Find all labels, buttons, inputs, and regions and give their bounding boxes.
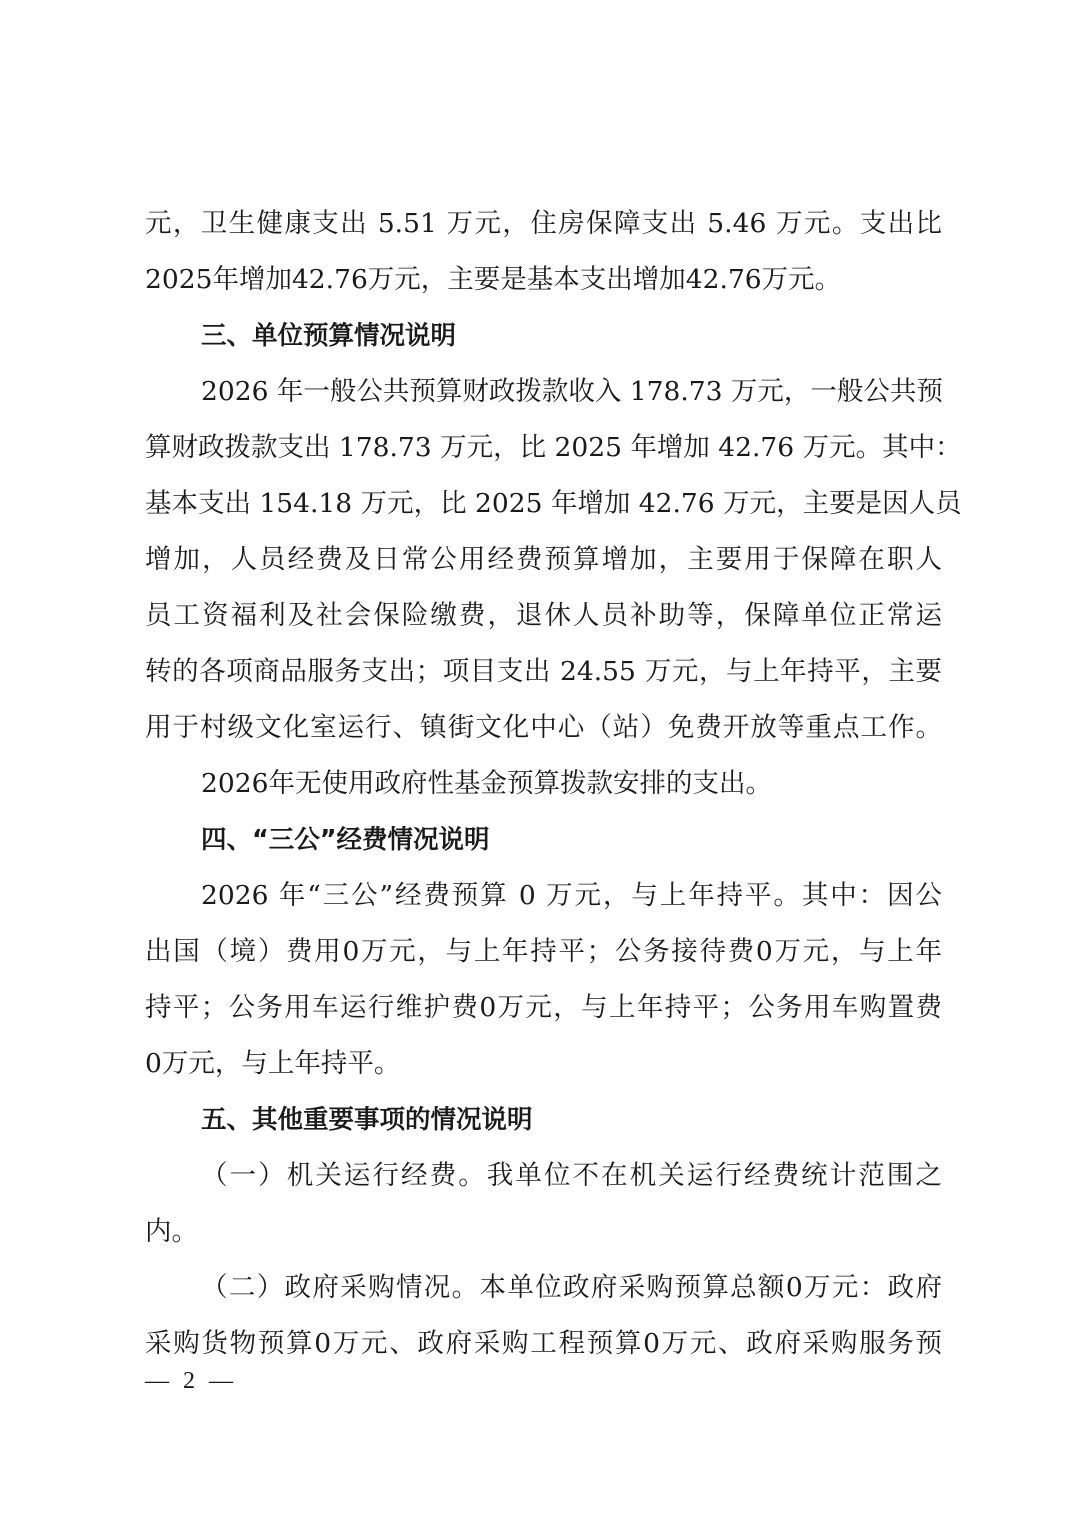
paragraph-line: 员工资福利及社会保险缴费，退休人员补助等，保障单位正常运 — [145, 588, 942, 644]
paragraph-line: 基本支出 154.18 万元，比 2025 年增加 42.76 万元，主要是因人… — [145, 476, 942, 532]
paragraph-line: 2025年增加42.76万元，主要是基本支出增加42.76万元。 — [145, 252, 942, 308]
paragraph-line: 持平；公务用车运行维护费0万元，与上年持平；公务用车购置费 — [145, 980, 942, 1036]
paragraph-line: （一）机关运行经费。我单位不在机关运行经费统计范围之 — [145, 1148, 942, 1204]
paragraph-line: （二）政府采购情况。本单位政府采购预算总额0万元：政府 — [145, 1260, 942, 1316]
section-heading-other-matters: 五、其他重要事项的情况说明 — [145, 1092, 942, 1148]
paragraph-line: 出国（境）费用0万元，与上年持平；公务接待费0万元，与上年 — [145, 924, 942, 980]
paragraph-line: 2026 年一般公共预算财政拨款收入 178.73 万元，一般公共预 — [145, 364, 942, 420]
paragraph-line: 2026 年“三公”经费预算 0 万元，与上年持平。其中：因公 — [145, 868, 942, 924]
paragraph-line: 内。 — [145, 1204, 942, 1260]
paragraph-line: 元，卫生健康支出 5.51 万元，住房保障支出 5.46 万元。支出比 — [145, 196, 942, 252]
section-heading-three-public-expenses: 四、“三公”经费情况说明 — [145, 812, 942, 868]
paragraph-line: 用于村级文化室运行、镇街文化中心（站）免费开放等重点工作。 — [145, 700, 942, 756]
paragraph-line: 0万元，与上年持平。 — [145, 1036, 942, 1092]
paragraph-line: 2026年无使用政府性基金预算拨款安排的支出。 — [145, 756, 942, 812]
page-number: — 2 — — [145, 1368, 237, 1395]
document-page: 元，卫生健康支出 5.51 万元，住房保障支出 5.46 万元。支出比 2025… — [145, 196, 942, 1372]
paragraph-line: 采购货物预算0万元、政府采购工程预算0万元、政府采购服务预 — [145, 1316, 942, 1372]
section-heading-unit-budget: 三、单位预算情况说明 — [145, 308, 942, 364]
paragraph-line: 转的各项商品服务支出；项目支出 24.55 万元，与上年持平，主要 — [145, 644, 942, 700]
paragraph-line: 算财政拨款支出 178.73 万元，比 2025 年增加 42.76 万元。其中… — [145, 420, 942, 476]
paragraph-line: 增加，人员经费及日常公用经费预算增加，主要用于保障在职人 — [145, 532, 942, 588]
